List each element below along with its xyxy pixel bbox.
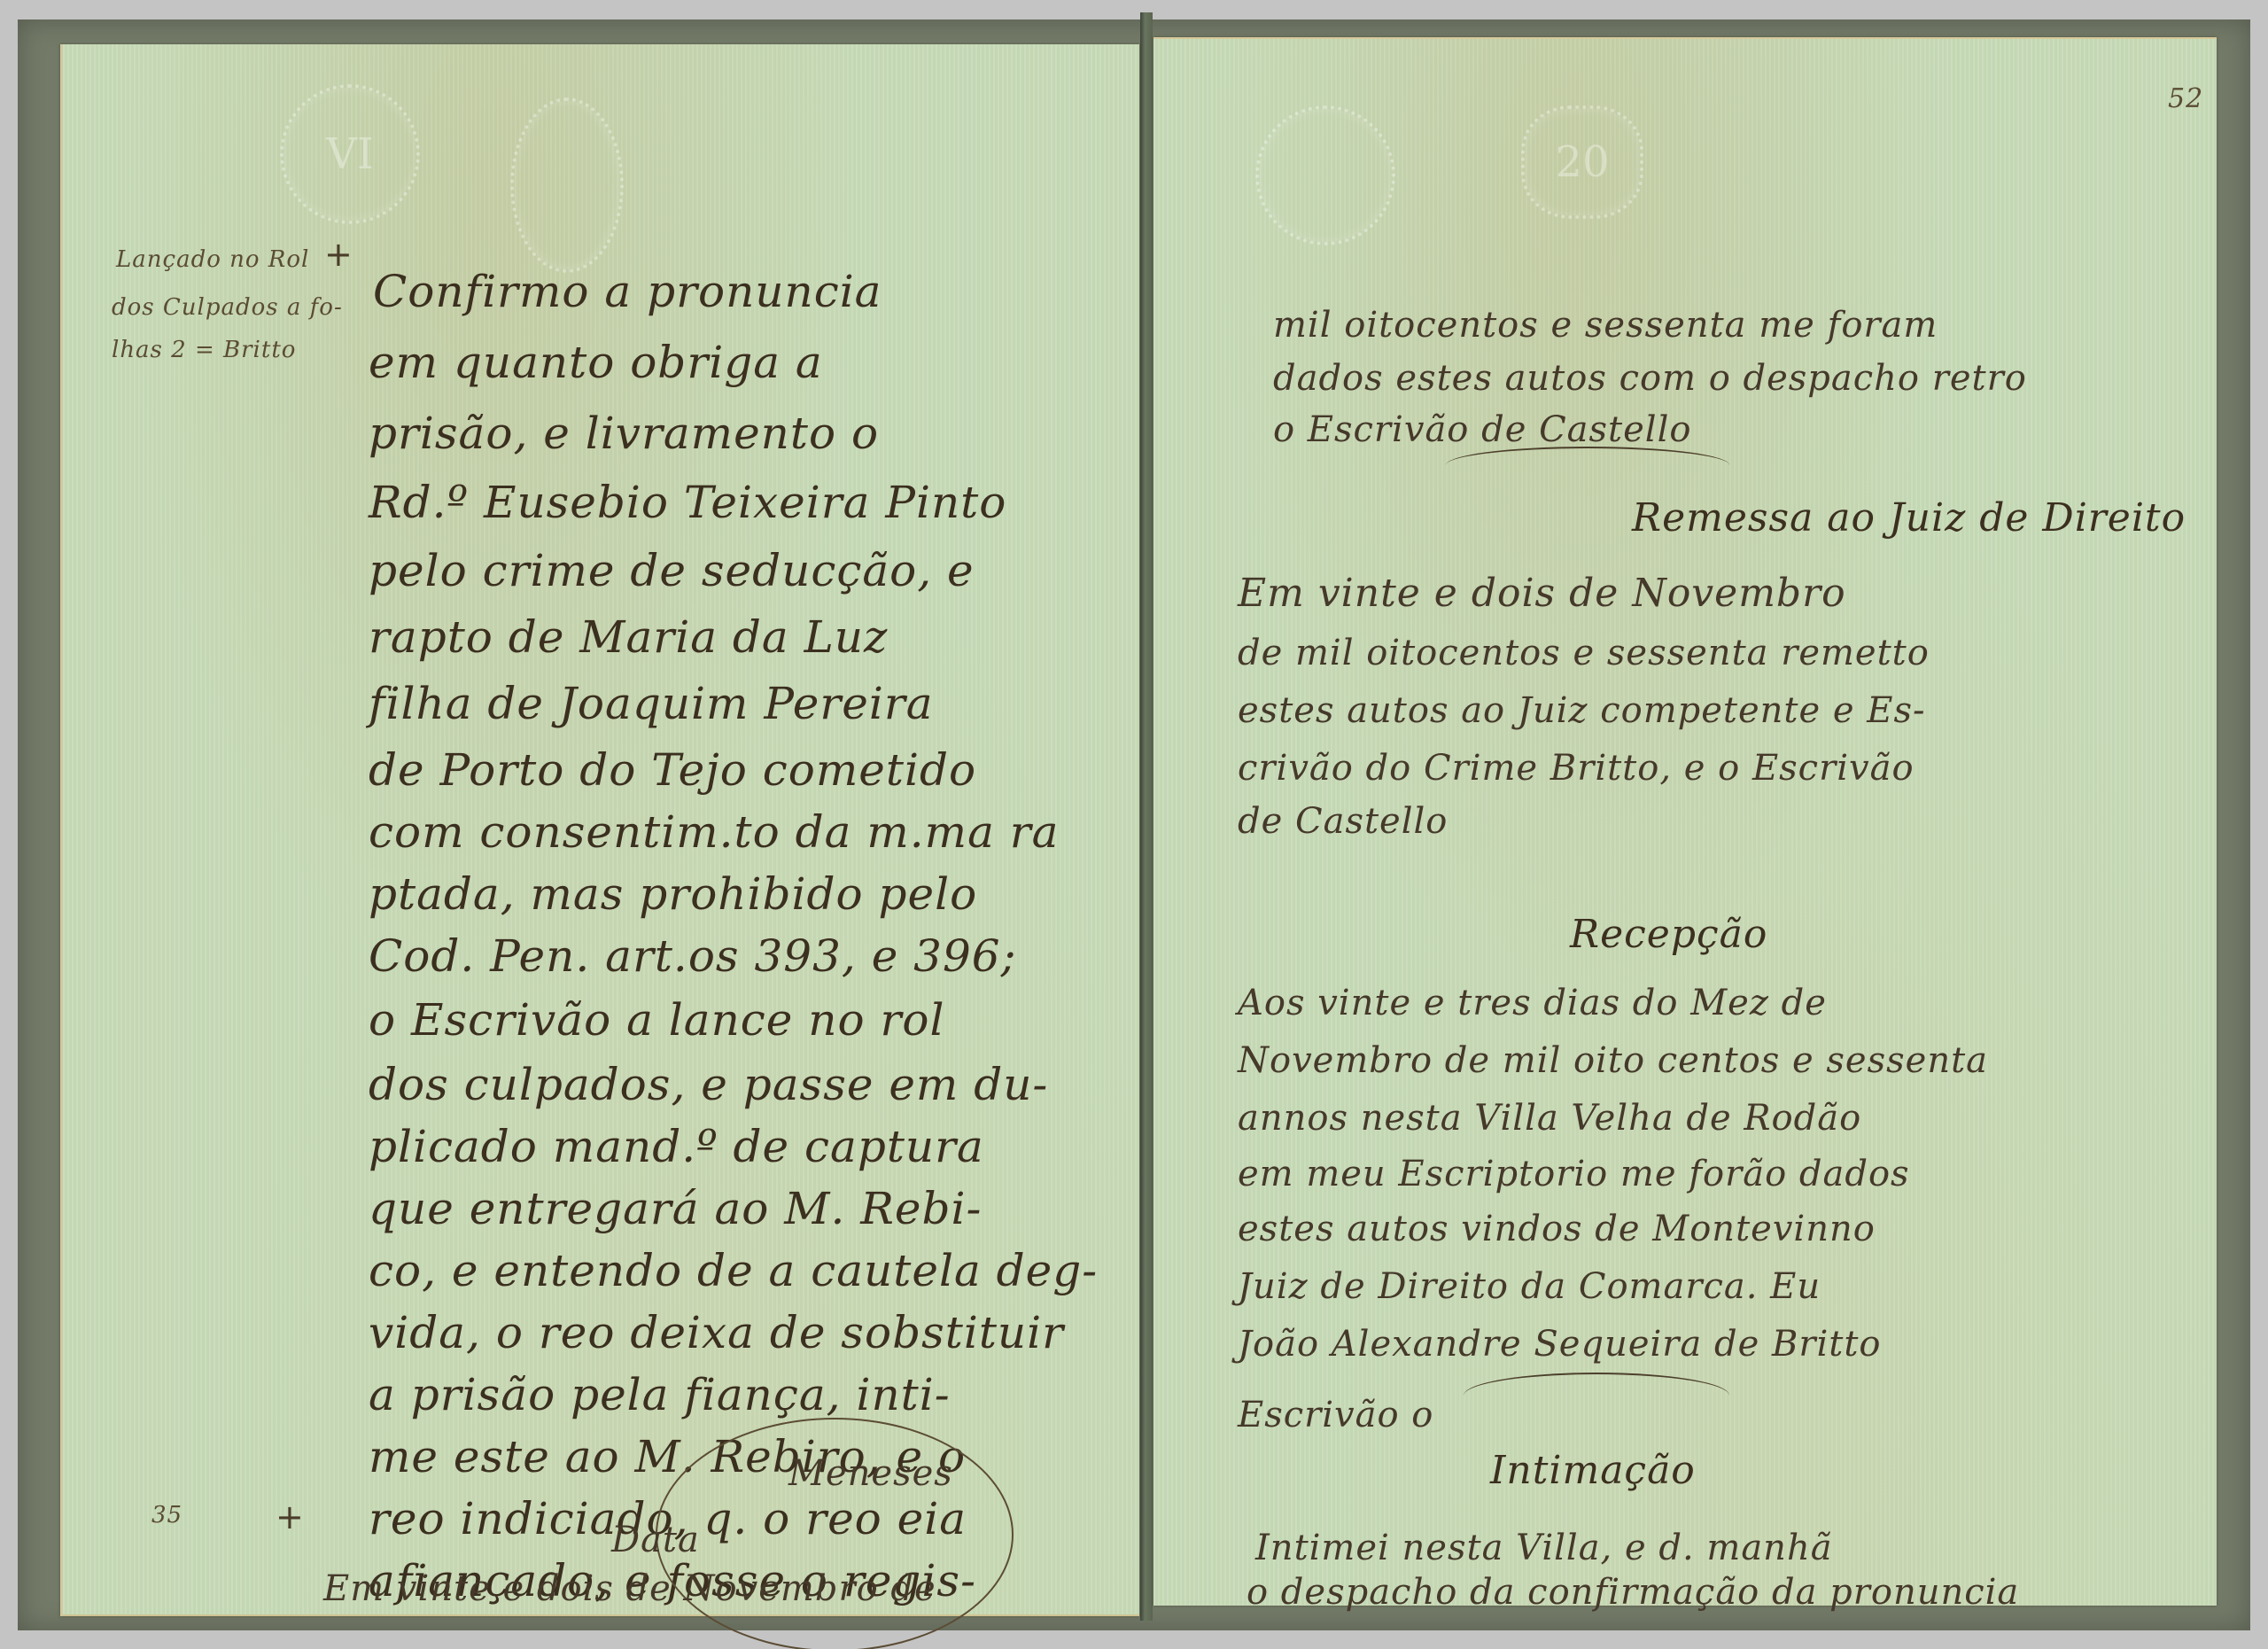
text-line: Aos vinte e tres dias do Mez de bbox=[1238, 983, 1827, 1023]
book-gutter bbox=[1140, 12, 1153, 1621]
date-heading: Data bbox=[611, 1520, 700, 1560]
stamp-value: 20 bbox=[1555, 137, 1609, 187]
body-line: de Porto do Tejo cometido bbox=[369, 744, 976, 796]
cross-mark: + bbox=[324, 235, 353, 274]
body-line: rapto de Maria da Luz bbox=[369, 611, 888, 663]
paper-stamp-emboss-oval bbox=[1255, 105, 1395, 245]
left-page: VI Lançado no Rol dos Culpados a fo- lha… bbox=[60, 44, 1139, 1616]
paper-stamp-emboss: 20 bbox=[1521, 105, 1643, 219]
margin-number: 35 bbox=[151, 1502, 183, 1528]
body-line: a prisão pela fiança, inti- bbox=[369, 1369, 951, 1420]
ink-flourish bbox=[1446, 447, 1729, 484]
text-line: mil oitocentos e sessenta me foram bbox=[1273, 305, 1938, 346]
text-line: em meu Escriptorio me forão dados bbox=[1238, 1154, 1910, 1194]
text-line: dados estes autos com o despacho retro bbox=[1273, 358, 2027, 399]
body-line: Cod. Pen. art.os 393, e 396; bbox=[369, 930, 1016, 982]
text-line: o despacho da confirmação da pronuncia bbox=[1247, 1572, 2019, 1613]
signature: Meneses bbox=[788, 1453, 953, 1494]
body-line: com consentim.to da m.ma ra bbox=[369, 806, 1060, 858]
ink-flourish bbox=[1464, 1373, 1729, 1419]
stamp-value: VI bbox=[326, 129, 374, 179]
page-number[interactable]: 52 bbox=[2168, 83, 2203, 114]
text-line: de mil oitocentos e sessenta remetto bbox=[1238, 633, 1930, 673]
text-line: Novembro de mil oito centos e sessenta bbox=[1238, 1040, 1988, 1081]
closing-line: Em vinte e dois de Novembro de bbox=[323, 1568, 936, 1609]
body-line: Confirmo a pronuncia bbox=[373, 266, 882, 317]
body-line: vida, o reo deixa de sobstituir bbox=[369, 1307, 1064, 1358]
text-line: João Alexandre Sequeira de Britto bbox=[1238, 1324, 1882, 1365]
cross-mark: + bbox=[276, 1497, 304, 1536]
margin-note-line: lhas 2 = Britto bbox=[112, 337, 296, 363]
text-line: Escrivão o bbox=[1238, 1395, 1433, 1435]
body-line: que entregará ao M. Rebi- bbox=[369, 1183, 982, 1234]
body-line: ptada, mas prohibido pelo bbox=[369, 868, 977, 920]
text-line: Juiz de Direito da Comarca. Eu bbox=[1238, 1266, 1821, 1307]
text-line: Em vinte e dois de Novembro bbox=[1238, 571, 1846, 616]
text-line: estes autos vindos de Montevinno bbox=[1238, 1209, 1876, 1249]
body-line: pelo crime de seducção, e bbox=[369, 545, 975, 596]
text-line: de Castello bbox=[1238, 801, 1448, 842]
right-page: 52 20 mil oitocentos e sessenta me foram… bbox=[1153, 37, 2217, 1606]
margin-note-line: Lançado no Rol bbox=[116, 246, 309, 273]
body-line: o Escrivão a lance no rol bbox=[369, 994, 945, 1046]
paper-stamp-emboss: VI bbox=[280, 84, 420, 224]
text-line: crivão do Crime Britto, e o Escrivão bbox=[1238, 748, 1915, 789]
section-heading-remessa: Remessa ao Juiz de Direito bbox=[1632, 495, 2186, 541]
body-line: prisão, e livramento o bbox=[369, 408, 879, 459]
body-line: filha de Joaquim Pereira bbox=[369, 678, 934, 729]
paper-stamp-emboss-oval bbox=[510, 97, 624, 273]
text-line: annos nesta Villa Velha de Rodão bbox=[1238, 1098, 1861, 1139]
section-heading-recepcao: Recepção bbox=[1570, 912, 1767, 957]
text-line: o Escrivão de Castello bbox=[1273, 409, 1691, 450]
body-line: co, e entendo de a cautela deg- bbox=[369, 1245, 1098, 1296]
margin-note-line: dos Culpados a fo- bbox=[112, 294, 343, 321]
body-line: dos culpados, e passe em du- bbox=[369, 1059, 1048, 1110]
body-line: plicado mand.º de captura bbox=[369, 1121, 984, 1172]
body-line: em quanto obriga a bbox=[369, 337, 823, 388]
body-line: Rd.º Eusebio Teixeira Pinto bbox=[369, 477, 1006, 528]
text-line: estes autos ao Juiz competente e Es- bbox=[1238, 690, 1926, 731]
section-heading-intimacao: Intimação bbox=[1490, 1448, 1696, 1493]
text-line: Intimei nesta Villa, e d. manhã bbox=[1255, 1528, 1833, 1568]
